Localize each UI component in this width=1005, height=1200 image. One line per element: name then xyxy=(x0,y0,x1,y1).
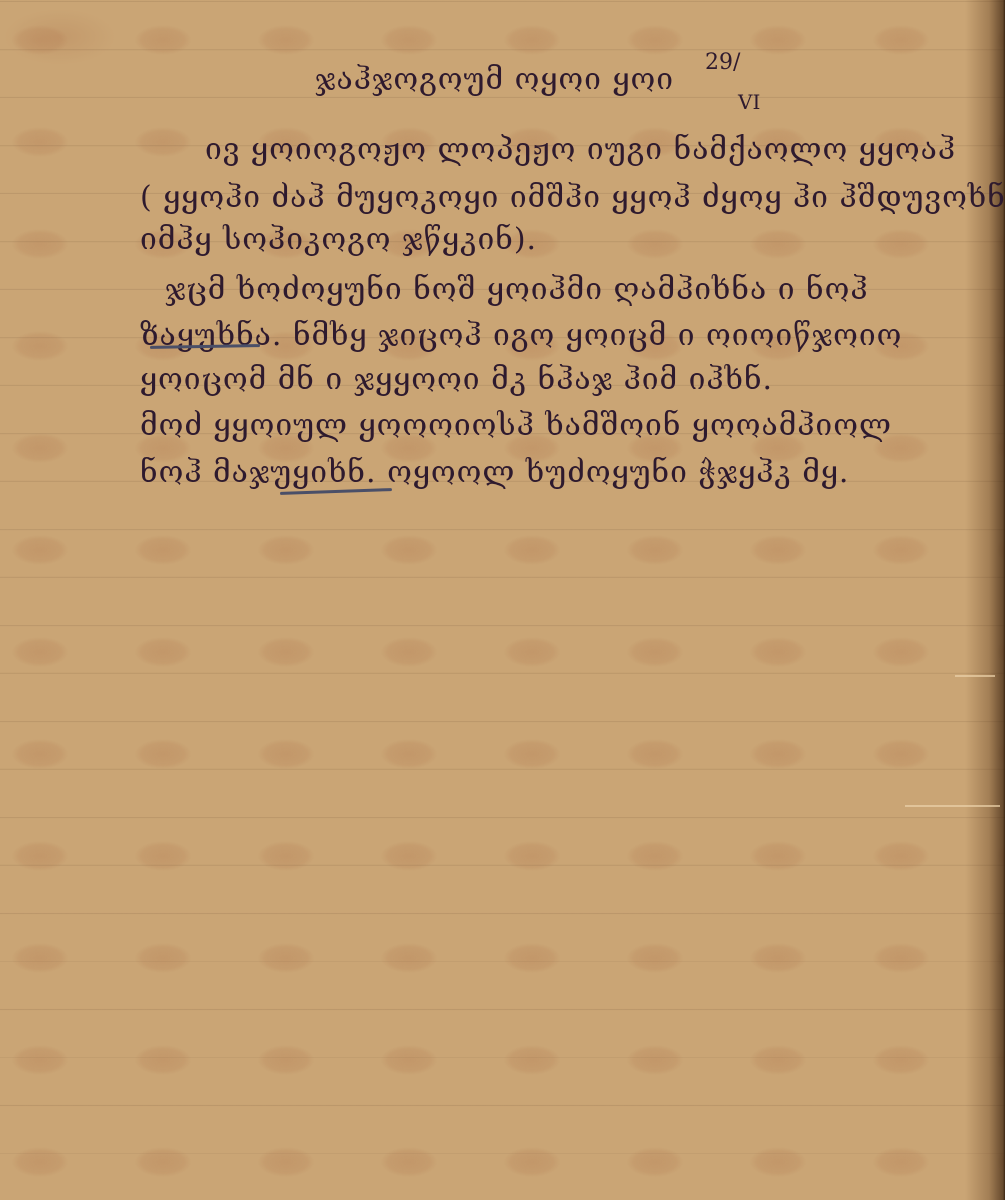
page-heading: ჯაჰჯოგოუმ ოყოი ყოი xyxy=(315,62,674,97)
manuscript-page: ჯაჰჯოგოუმ ოყოი ყოი 29/ VI ივ ყოიოგოჟო ლო… xyxy=(0,0,1005,1200)
text-line-6: ყოიცომ მნ ი ჯყყოოი მკ ნჰაჯ ჰიმ იჰხნ. xyxy=(140,362,773,397)
edge-tear xyxy=(905,805,1000,807)
text-line-2: ( ყყოჰი ძაჰ მუყოკოყი იმშჰი ყყოჰ ძყოყ ჰი … xyxy=(140,180,1005,215)
text-line-3: იმჰყ სოჰიკოგო ჯწყკინ). xyxy=(140,222,537,257)
heading-date-day: 29/ xyxy=(705,50,740,75)
text-line-1: ივ ყოიოგოჟო ლოპეჟო იუგი ნამქაოლო ყყოაჰ xyxy=(205,132,956,167)
text-line-5: ზაყუხნა. ნმხყ ჯიცოჰ იგო ყოიცმ ი ოიოიწჯოი… xyxy=(140,318,902,353)
edge-tear xyxy=(955,675,995,677)
text-line-4: ჯცმ ხოძოყუნი ნოშ ყოიჰმი ღამჰიხნა ი ნოჰ xyxy=(165,272,869,307)
text-line-8: ნოჰ მაჯუყიხნ. ოყოოლ ხუძოყუნი ჭჯყჰკ მყ. xyxy=(140,455,849,490)
heading-date-month: VI xyxy=(738,90,760,114)
text-line-7: მოძ ყყოიულ ყოოოიოსჰ ხამშოინ ყოოამჰიოლ xyxy=(140,408,892,443)
